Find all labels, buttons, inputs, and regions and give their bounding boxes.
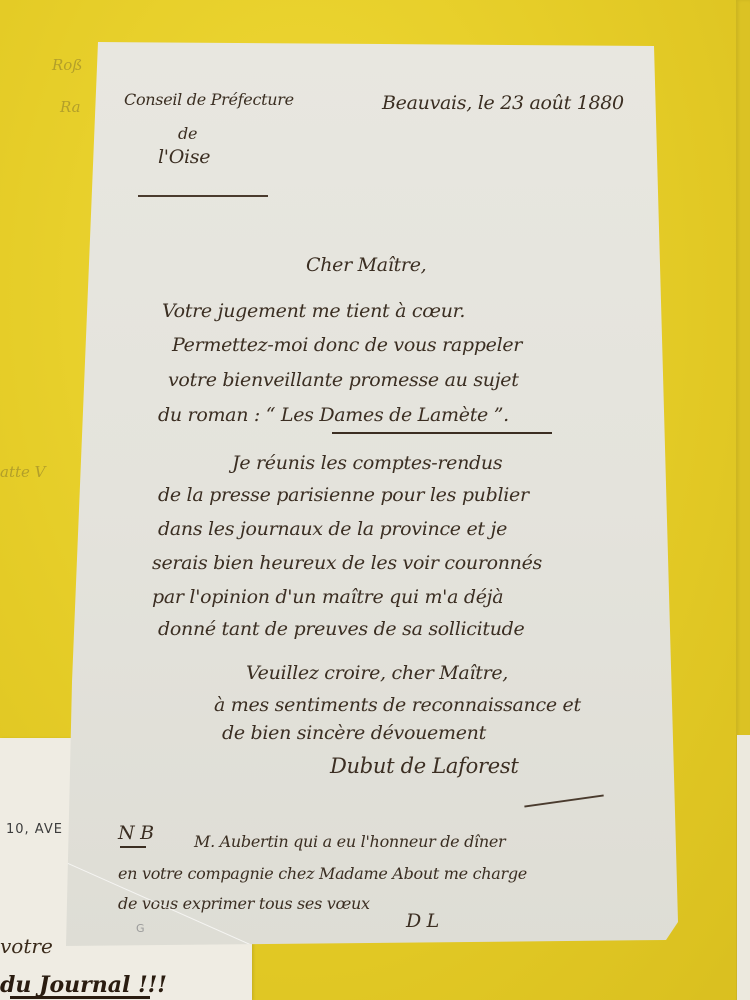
postscript-label-underline xyxy=(120,846,146,848)
closing-line-2: à mes sentiments de reconnaissance et xyxy=(214,694,581,716)
postscript-initials: D L xyxy=(406,910,439,932)
body-line-8: serais bien heureux de les voir couronné… xyxy=(152,552,542,574)
card-underline xyxy=(10,996,150,999)
body-line-9: par l'opinion d'un maître qui m'a déjà xyxy=(152,586,503,608)
corner-mark: G xyxy=(136,922,145,935)
card-handwriting-1: votre xyxy=(0,934,53,958)
signature: Dubut de Laforest xyxy=(330,754,518,778)
novel-title-underline xyxy=(332,432,552,434)
body-line-3: votre bienveillante promesse au sujet xyxy=(168,369,519,391)
pencil-note-3: atte V xyxy=(0,463,45,481)
body-line-10: donné tant de preuves de sa sollicitude xyxy=(158,618,524,640)
pencil-note-1: Roß xyxy=(52,56,82,74)
body-line-5: Je réunis les comptes-rendus xyxy=(232,452,502,474)
body-line-6: de la presse parisienne pour les publier xyxy=(158,484,529,506)
header-department: l'Oise xyxy=(158,146,210,168)
postscript-label: N B xyxy=(118,822,154,844)
pencil-note-2: Ra xyxy=(60,98,81,116)
header-de: de xyxy=(178,124,197,143)
signature-flourish xyxy=(524,794,603,807)
header-rule xyxy=(138,195,268,197)
handwritten-letter: Conseil de Préfecture de l'Oise Beauvais… xyxy=(66,42,678,950)
right-edge-card xyxy=(737,735,750,1000)
place-date: Beauvais, le 23 août 1880 xyxy=(382,92,624,114)
card-handwriting-2: du Journal !!! xyxy=(0,972,167,998)
body-line-7: dans les journaux de la province et je xyxy=(158,518,507,540)
body-line-1: Votre jugement me tient à cœur. xyxy=(162,300,465,322)
header-institution: Conseil de Préfecture xyxy=(124,90,294,109)
body-line-4: du roman : “ Les Dames de Lamète ”. xyxy=(158,404,509,426)
body-line-2: Permettez-moi donc de vous rappeler xyxy=(172,334,522,356)
postscript-line-2: en votre compagnie chez Madame About me … xyxy=(118,864,527,883)
salutation: Cher Maître, xyxy=(306,254,426,276)
closing-line-1: Veuillez croire, cher Maître, xyxy=(246,662,508,684)
card-address: 10, AVE xyxy=(6,822,63,837)
closing-line-3: de bien sincère dévouement xyxy=(222,722,486,744)
postscript-line-1: M. Aubertin qui a eu l'honneur de dîner xyxy=(194,832,505,851)
